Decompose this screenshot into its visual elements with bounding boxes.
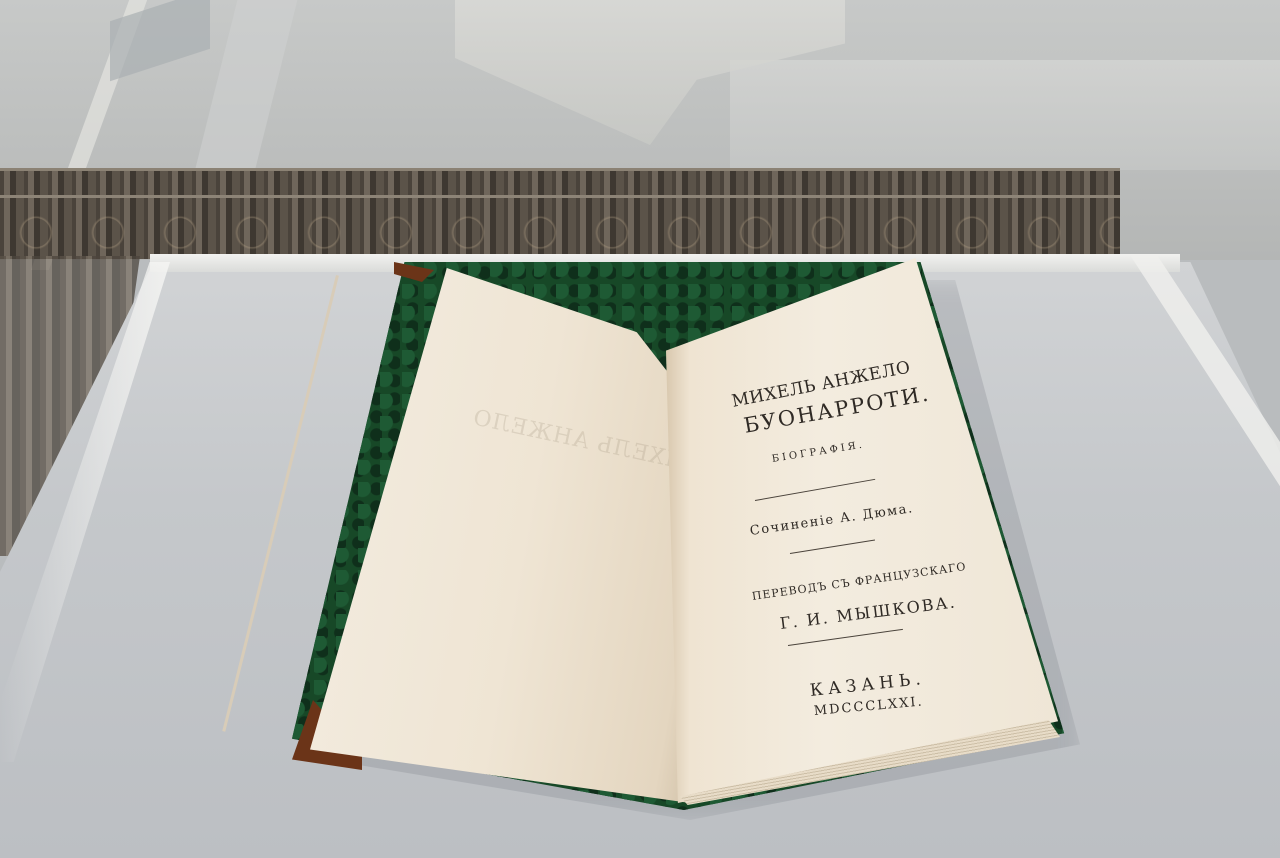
- ornamental-frieze: [0, 168, 1120, 259]
- reflection-panel: [730, 60, 1280, 170]
- frieze-band: [0, 195, 1120, 198]
